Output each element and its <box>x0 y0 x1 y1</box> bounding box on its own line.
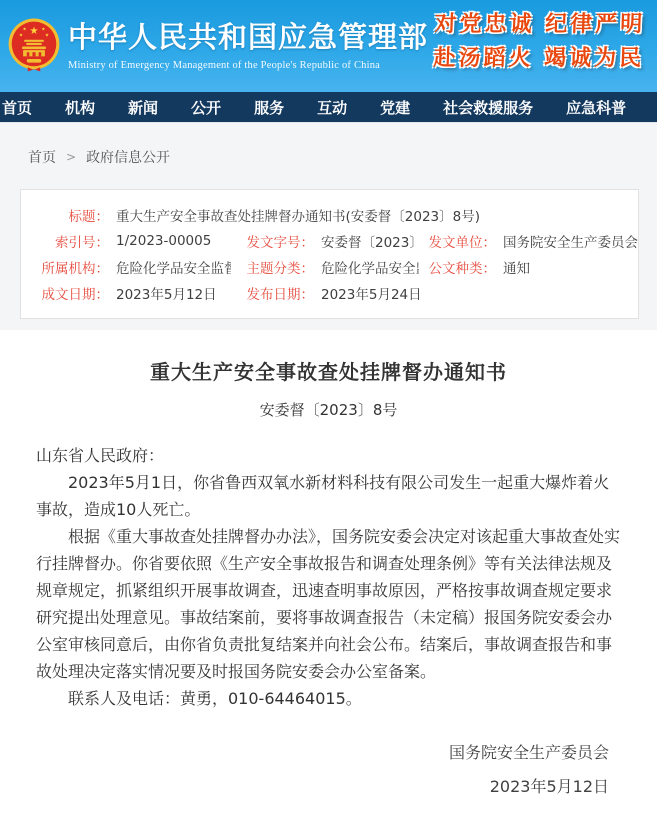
site-title: 中华人民共和国应急管理部 <box>68 21 428 54</box>
meta-label-department: 所属机构： <box>21 257 109 277</box>
document-number: 安委督〔2023〕8号 <box>36 399 621 420</box>
nav-item-agency[interactable]: 机构 <box>65 97 95 118</box>
meta-label-doc-type: 公文种类： <box>419 257 496 277</box>
meta-label-doc-no: 发文字号： <box>231 231 314 251</box>
nav-item-news[interactable]: 新闻 <box>128 97 158 118</box>
svg-text:★: ★ <box>45 33 49 39</box>
meta-value-department: 危险化学品安全监督管理一司 <box>109 257 231 277</box>
meta-label-topic: 主题分类： <box>231 257 314 277</box>
svg-text:★: ★ <box>41 26 45 32</box>
slogan-line-1: 对党忠诚 纪律严明 <box>434 8 646 42</box>
breadcrumb-separator-icon: > <box>66 150 76 164</box>
meta-label-date-published: 发布日期： <box>231 283 314 303</box>
nav-item-disclosure[interactable]: 公开 <box>191 97 221 118</box>
meta-row-4: 成文日期： 2023年5月12日 发布日期： 2023年5月24日 <box>21 280 638 306</box>
meta-value-topic: 危险化学品安全监管 <box>314 257 419 277</box>
nav-item-party[interactable]: 党建 <box>380 97 410 118</box>
meta-value-date-written: 2023年5月12日 <box>109 283 231 303</box>
nav-item-science[interactable]: 应急科普 <box>566 97 626 118</box>
breadcrumb-home[interactable]: 首页 <box>28 147 56 167</box>
document-content: 重大生产安全事故查处挂牌督办通知书 安委督〔2023〕8号 山东省人民政府： 2… <box>0 330 657 824</box>
meta-row-3: 所属机构： 危险化学品安全监督管理一司 主题分类： 危险化学品安全监管 公文种类… <box>21 254 638 280</box>
meta-label-index-no: 索引号： <box>21 231 109 251</box>
meta-value-doc-type: 通知 <box>496 257 638 277</box>
main-nav: 首页 机构 新闻 公开 服务 互动 党建 社会救援服务 应急科普 <box>0 92 657 122</box>
national-emblem-icon[interactable]: ★ ★ ★ ★ ★ <box>8 18 60 74</box>
paragraph-contact: 联系人及电话：黄勇，010-64464015。 <box>36 685 621 712</box>
meta-value-date-published: 2023年5月24日 <box>314 283 419 303</box>
meta-label-date-written: 成文日期： <box>21 283 109 303</box>
meta-value-issuing-unit: 国务院安全生产委员会 <box>496 231 638 251</box>
meta-row-2: 索引号： 1/2023-00005 发文字号： 安委督〔2023〕8号 发文单位… <box>21 228 638 254</box>
svg-text:★: ★ <box>29 25 38 37</box>
nav-item-services[interactable]: 服务 <box>254 97 284 118</box>
document-body: 山东省人民政府： 2023年5月1日，你省鲁西双氧水新材料科技有限公司发生一起重… <box>36 442 621 712</box>
nav-item-social-rescue[interactable]: 社会救援服务 <box>443 97 533 118</box>
meta-row-title: 标题： 重大生产安全事故查处挂牌督办通知书(安委督〔2023〕8号) <box>21 202 638 228</box>
site-title-english: Ministry of Emergency Management of the … <box>68 60 428 71</box>
slogan-line-2: 赴汤蹈火 竭诚为民 <box>433 42 645 76</box>
meta-value-index-no: 1/2023-00005 <box>109 233 231 249</box>
breadcrumb: 首页 > 政府信息公开 <box>0 147 657 167</box>
upper-section: 首页 > 政府信息公开 标题： 重大生产安全事故查处挂牌督办通知书(安委督〔20… <box>0 122 657 330</box>
document-title: 重大生产安全事故查处挂牌督办通知书 <box>36 356 621 385</box>
salutation: 山东省人民政府： <box>36 442 621 469</box>
paragraph-2: 根据《重大事故查处挂牌督办办法》，国务院安委会决定对该起重大事故查处实行挂牌督办… <box>36 523 621 685</box>
meta-label-issuing-unit: 发文单位： <box>419 231 496 251</box>
site-header: ★ ★ ★ ★ ★ 中华人民共和国应急管理部 Ministry of Emerg… <box>0 0 657 92</box>
meta-value-doc-no: 安委督〔2023〕8号 <box>314 231 419 251</box>
site-brand[interactable]: 中华人民共和国应急管理部 Ministry of Emergency Manag… <box>68 21 428 70</box>
svg-text:★: ★ <box>19 33 23 39</box>
page: ★ ★ ★ ★ ★ 中华人民共和国应急管理部 Ministry of Emerg… <box>0 0 657 824</box>
signature-date: 2023年5月12日 <box>36 770 609 804</box>
paragraph-1: 2023年5月1日，你省鲁西双氧水新材料科技有限公司发生一起重大爆炸着火事故，造… <box>36 469 621 523</box>
svg-text:★: ★ <box>23 26 27 32</box>
breadcrumb-current[interactable]: 政府信息公开 <box>86 147 170 167</box>
signature-block: 国务院安全生产委员会 2023年5月12日 <box>36 736 621 824</box>
signature-issuer: 国务院安全生产委员会 <box>36 736 609 770</box>
document-meta-table: 标题： 重大生产安全事故查处挂牌督办通知书(安委督〔2023〕8号) 索引号： … <box>20 189 639 319</box>
meta-label-title: 标题： <box>21 205 109 225</box>
nav-item-interaction[interactable]: 互动 <box>317 97 347 118</box>
nav-item-home[interactable]: 首页 <box>2 97 32 118</box>
header-slogan: 对党忠诚 纪律严明 赴汤蹈火 竭诚为民 <box>433 8 646 76</box>
meta-value-title: 重大生产安全事故查处挂牌督办通知书(安委督〔2023〕8号) <box>109 205 638 225</box>
